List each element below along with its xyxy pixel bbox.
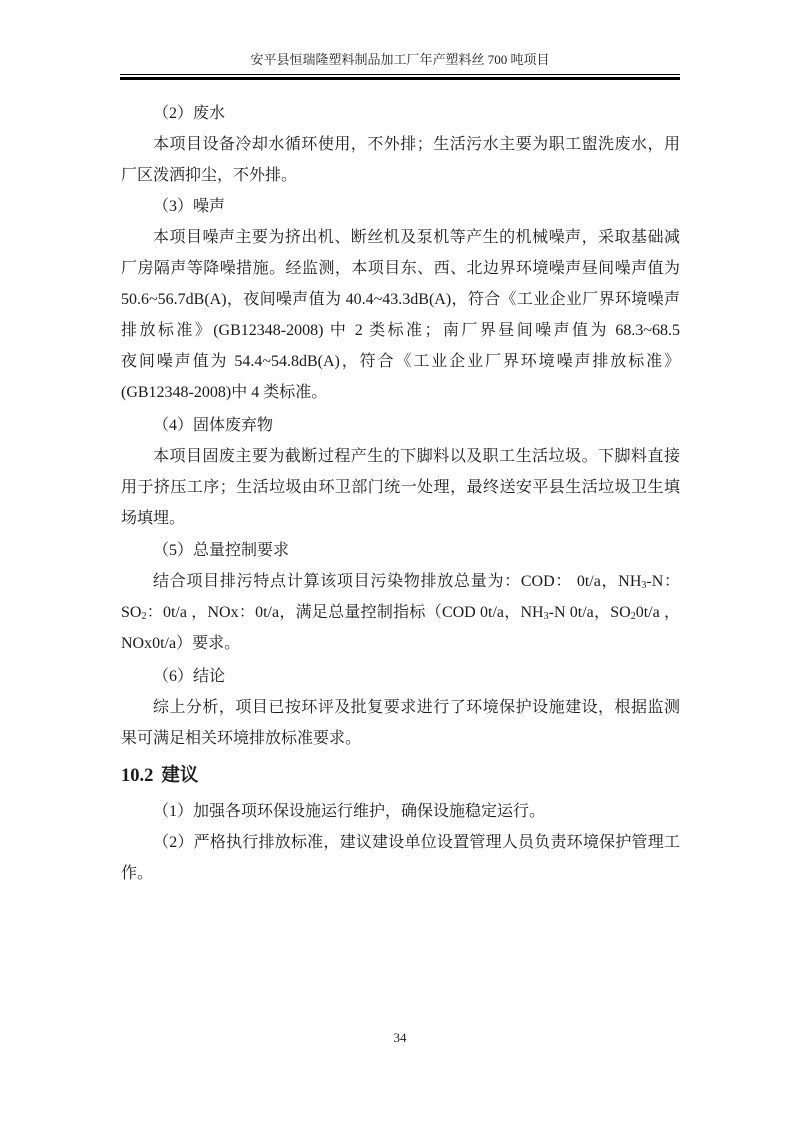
paragraph-line: 场填埋。 <box>121 503 680 534</box>
page-body: （2）废水 本项目设备冷却水循环使用，不外排；生活污水主要为职工盥洗废水，用于 … <box>121 98 680 889</box>
paragraph-line: (GB12348-2008)中 4 类标准。 <box>121 377 680 408</box>
paragraph-line: SO2：0t/a ，NOx：0t/a，满足总量控制指标（COD 0t/a，NH3… <box>121 597 680 628</box>
header-rule-thin <box>120 74 680 75</box>
section-heading-conclusion: （6）结论 <box>121 661 680 692</box>
section-heading-solid-waste: （4）固体废弃物 <box>121 410 680 441</box>
suggestion-item: （2）严格执行排放标准，建议建设单位设置管理人员负责环境保护管理工 <box>121 827 680 858</box>
section-heading-wastewater: （2）废水 <box>121 98 680 129</box>
suggestion-item: （1）加强各项环保设施运行维护，确保设施稳定运行。 <box>121 796 680 827</box>
text-run: 结合项目排污特点计算该项目污染物排放总量为：COD： 0t/a，NH <box>153 573 641 590</box>
paragraph-line: 用于挤压工序；生活垃圾由环卫部门统一处理，最终送安平县生活垃圾卫生填埋 <box>121 472 680 503</box>
paragraph-line: 本项目设备冷却水循环使用，不外排；生活污水主要为职工盥洗废水，用于 <box>121 129 680 160</box>
section-heading-total-control: （5）总量控制要求 <box>121 535 680 566</box>
header-rule-thick <box>120 77 680 80</box>
paragraph-line: 厂区泼洒抑尘，不外排。 <box>121 160 680 191</box>
paragraph-line: 本项目噪声主要为挤出机、断丝机及泵机等产生的机械噪声，采取基础减振、 <box>121 222 680 253</box>
text-run: 0t/a ， <box>636 604 680 621</box>
page-number: 34 <box>0 1030 800 1046</box>
section-number: 10.2 <box>121 766 153 786</box>
paragraph-line: 排放标准》(GB12348-2008) 中 2 类标准；南厂界昼间噪声值为 68… <box>121 315 680 346</box>
text-run: SO <box>121 604 141 621</box>
paragraph-line: 50.6~56.7dB(A)，夜间噪声值为 40.4~43.3dB(A)，符合《… <box>121 284 680 315</box>
section-heading-noise: （3）噪声 <box>121 191 680 222</box>
text-run: ：0t/a ，NOx：0t/a，满足总量控制指标（COD 0t/a，NH <box>146 604 543 621</box>
paragraph-line: 厂房隔声等降噪措施。经监测，本项目东、西、北边界环境噪声昼间噪声值为 <box>121 253 680 284</box>
running-header-title: 安平县恒瑞隆塑料制品加工厂年产塑料丝 700 吨项目 <box>120 52 680 68</box>
paragraph-line: 果可满足相关环境排放标准要求。 <box>121 723 680 754</box>
paragraph-line: 夜间噪声值为 54.4~54.8dB(A)，符合《工业企业厂界环境噪声排放标准》 <box>121 346 680 377</box>
paragraph-line: 本项目固废主要为截断过程产生的下脚料以及职工生活垃圾。下脚料直接回 <box>121 441 680 472</box>
paragraph-line: 综上分析，项目已按环评及批复要求进行了环境保护设施建设，根据监测结 <box>121 692 680 723</box>
text-run: -N 0t/a，SO <box>549 604 631 621</box>
paragraph-line: 作。 <box>121 858 680 889</box>
paragraph-line: NOx0t/a）要求。 <box>121 628 680 659</box>
section-heading-suggestions: 10.2建议 <box>121 756 680 796</box>
paragraph-line: 结合项目排污特点计算该项目污染物排放总量为：COD： 0t/a，NH3-N：0t… <box>121 566 680 597</box>
section-title: 建议 <box>161 766 198 786</box>
